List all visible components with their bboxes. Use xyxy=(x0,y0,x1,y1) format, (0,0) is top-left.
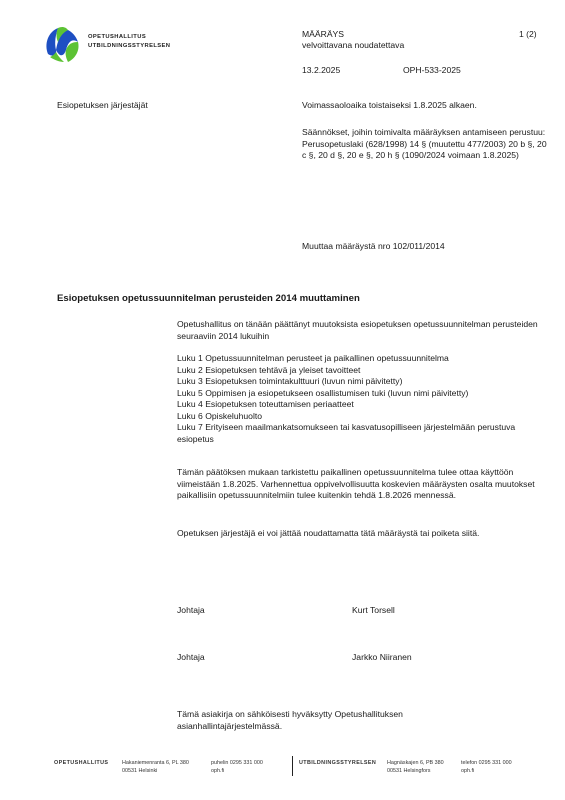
chapter-item: Luku 2 Esiopetuksen tehtävä ja yleiset t… xyxy=(177,365,547,377)
document-type: MÄÄRÄYS xyxy=(302,29,344,41)
obligation-paragraph: Opetuksen järjestäjä ei voi jättää nouda… xyxy=(177,528,547,540)
footer-address-sv: Hagnäskajen 6, PB 380 00531 Helsingfors xyxy=(387,759,444,775)
footer-org-fi: OPETUSHALLITUS xyxy=(54,759,108,767)
amends-note: Muuttaa määräystä nro 102/011/2014 xyxy=(302,241,445,253)
footer-address-fi: Hakaniemenranta 6, PL 380 00531 Helsinki xyxy=(122,759,189,775)
logo-line-2: UTBILDNINGSSTYRELSEN xyxy=(88,42,170,51)
chapter-item: Luku 7 Erityiseen maailmankatsomukseen t… xyxy=(177,422,517,445)
footer-contact-sv: telefon 0295 331 000 oph.fi xyxy=(461,759,512,775)
footer-contact-fi: puhelin 0295 331 000 oph.fi xyxy=(211,759,263,775)
recipients: Esiopetuksen järjestäjät xyxy=(57,100,148,112)
logo-line-1: OPETUSHALLITUS xyxy=(88,33,170,42)
signature-role: Johtaja xyxy=(177,605,205,617)
footer-divider xyxy=(292,756,293,776)
footer-phone: puhelin 0295 331 000 xyxy=(211,759,263,767)
authority-text: Perusopetuslaki (628/1998) 14 § (muutett… xyxy=(302,139,547,162)
authority-intro: Säännökset, joihin toimivalta määräyksen… xyxy=(302,127,547,139)
footer-web-link[interactable]: oph.fi xyxy=(461,767,512,775)
validity-period: Voimassaoloaika toistaiseksi 1.8.2025 al… xyxy=(302,100,477,112)
footer-phone: telefon 0295 331 000 xyxy=(461,759,512,767)
chapter-item: Luku 3 Esiopetuksen toimintakulttuuri (l… xyxy=(177,376,547,388)
intro-paragraph: Opetushallitus on tänään päättänyt muuto… xyxy=(177,319,547,342)
document-date: 13.2.2025 xyxy=(302,65,340,77)
document-title: Esiopetuksen opetussuunnitelman perustei… xyxy=(57,293,360,304)
chapter-item: Luku 6 Opiskeluhuolto xyxy=(177,411,547,423)
chapter-item: Luku 1 Opetussuunnitelman perusteet ja p… xyxy=(177,353,547,365)
signature-name: Kurt Torsell xyxy=(352,605,395,617)
chapter-item: Luku 4 Esiopetuksen toteuttamisen periaa… xyxy=(177,399,547,411)
chapter-item: Luku 5 Oppimisen ja esiopetukseen osalli… xyxy=(177,388,547,400)
footer-address-line: Hakaniemenranta 6, PL 380 xyxy=(122,759,189,767)
chapter-list: Luku 1 Opetussuunnitelman perusteet ja p… xyxy=(177,353,547,445)
footer-address-line: 00531 Helsingfors xyxy=(387,767,444,775)
footer-address-line: Hagnäskajen 6, PB 380 xyxy=(387,759,444,767)
footer-web-link[interactable]: oph.fi xyxy=(211,767,263,775)
approval-note: Tämä asiakirja on sähköisesti hyväksytty… xyxy=(177,709,477,732)
logo-wordmark: OPETUSHALLITUS UTBILDNINGSSTYRELSEN xyxy=(88,33,170,51)
signature-role: Johtaja xyxy=(177,652,205,664)
implementation-paragraph: Tämän päätöksen mukaan tarkistettu paika… xyxy=(177,467,547,502)
document-reference: OPH-533-2025 xyxy=(403,65,461,77)
page-number: 1 (2) xyxy=(519,29,537,41)
footer-address-line: 00531 Helsinki xyxy=(122,767,189,775)
legal-authority: Säännökset, joihin toimivalta määräyksen… xyxy=(302,127,547,162)
signature-name: Jarkko Niiranen xyxy=(352,652,412,664)
document-subtitle: velvoittavana noudatettava xyxy=(302,40,404,52)
footer-org-sv: UTBILDNINGSSTYRELSEN xyxy=(299,759,376,767)
oph-logo-icon xyxy=(42,24,82,64)
